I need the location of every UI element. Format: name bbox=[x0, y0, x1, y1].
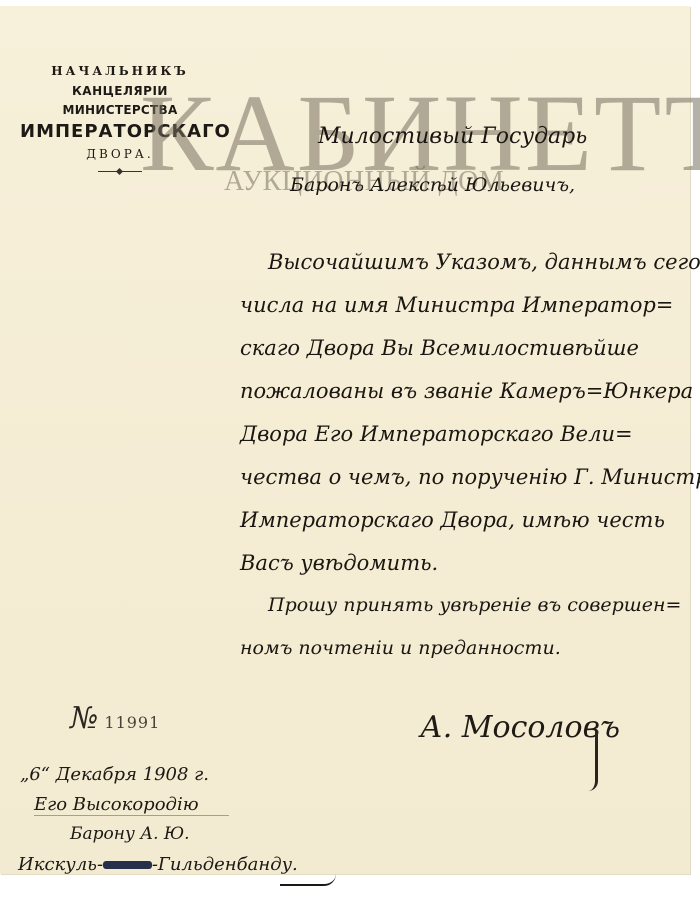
addressee: Баронъ Алексѣй Юльевичъ, bbox=[290, 174, 575, 196]
registry-number: №11991 bbox=[70, 701, 160, 736]
letterhead-line-2: КАНЦЕЛЯРІИ bbox=[20, 84, 220, 98]
body-line: Васъ увѣдомить. bbox=[240, 551, 438, 575]
letterhead: НАЧАЛЬНИКЪ КАНЦЕЛЯРІИ МИНИСТЕРСТВА ИМПЕР… bbox=[20, 64, 220, 175]
body-line: пожалованы въ званіе Камеръ=Юнкера bbox=[240, 379, 693, 403]
underline-flourish-icon bbox=[280, 874, 336, 886]
body-line: числа на имя Министра Император= bbox=[240, 293, 673, 317]
struck-out-word: фонъ bbox=[103, 861, 152, 869]
surname-suffix: -Гильденбанду. bbox=[152, 854, 298, 875]
date-line: „6“ Декабря 1908 г. bbox=[20, 764, 209, 785]
letterhead-line-4: ИМПЕРАТОРСКАГО bbox=[20, 121, 220, 142]
letterhead-line-1: НАЧАЛЬНИКЪ bbox=[20, 64, 220, 78]
body-line: чества о чемъ, по порученію Г. Министра bbox=[240, 465, 700, 489]
body-line: Высочайшимъ Указомъ, даннымъ сего bbox=[268, 250, 700, 274]
number-value: 11991 bbox=[104, 713, 160, 732]
recipient-surname: Икскуль-фонъ-Гильденбанду. bbox=[18, 854, 298, 875]
number-sign: № bbox=[70, 701, 98, 736]
surname-prefix: Икскуль- bbox=[18, 854, 103, 875]
salutation: Милостивый Государь bbox=[318, 124, 587, 149]
letterhead-line-3: МИНИСТЕРСТВА bbox=[20, 103, 220, 117]
recipient-rank: Его Высокородію bbox=[34, 794, 229, 816]
closing-line: номъ почтеніи и преданности. bbox=[240, 637, 561, 659]
body-line: скаго Двора Вы Всемилостивѣйше bbox=[240, 336, 639, 360]
letterhead-line-5: ДВОРА. bbox=[20, 147, 220, 161]
closing-line: Прошу принять увѣреніе въ совершен= bbox=[268, 594, 681, 616]
letter-paper: НАЧАЛЬНИКЪ КАНЦЕЛЯРІИ МИНИСТЕРСТВА ИМПЕР… bbox=[0, 6, 690, 874]
recipient-name: Барону А. Ю. bbox=[70, 824, 190, 844]
body-line: Двора Его Императорскаго Вели= bbox=[240, 422, 633, 446]
body-line: Императорскаго Двора, имѣю честь bbox=[240, 508, 665, 532]
signature-flourish-icon bbox=[565, 731, 598, 791]
ornament-divider-icon bbox=[98, 169, 142, 175]
